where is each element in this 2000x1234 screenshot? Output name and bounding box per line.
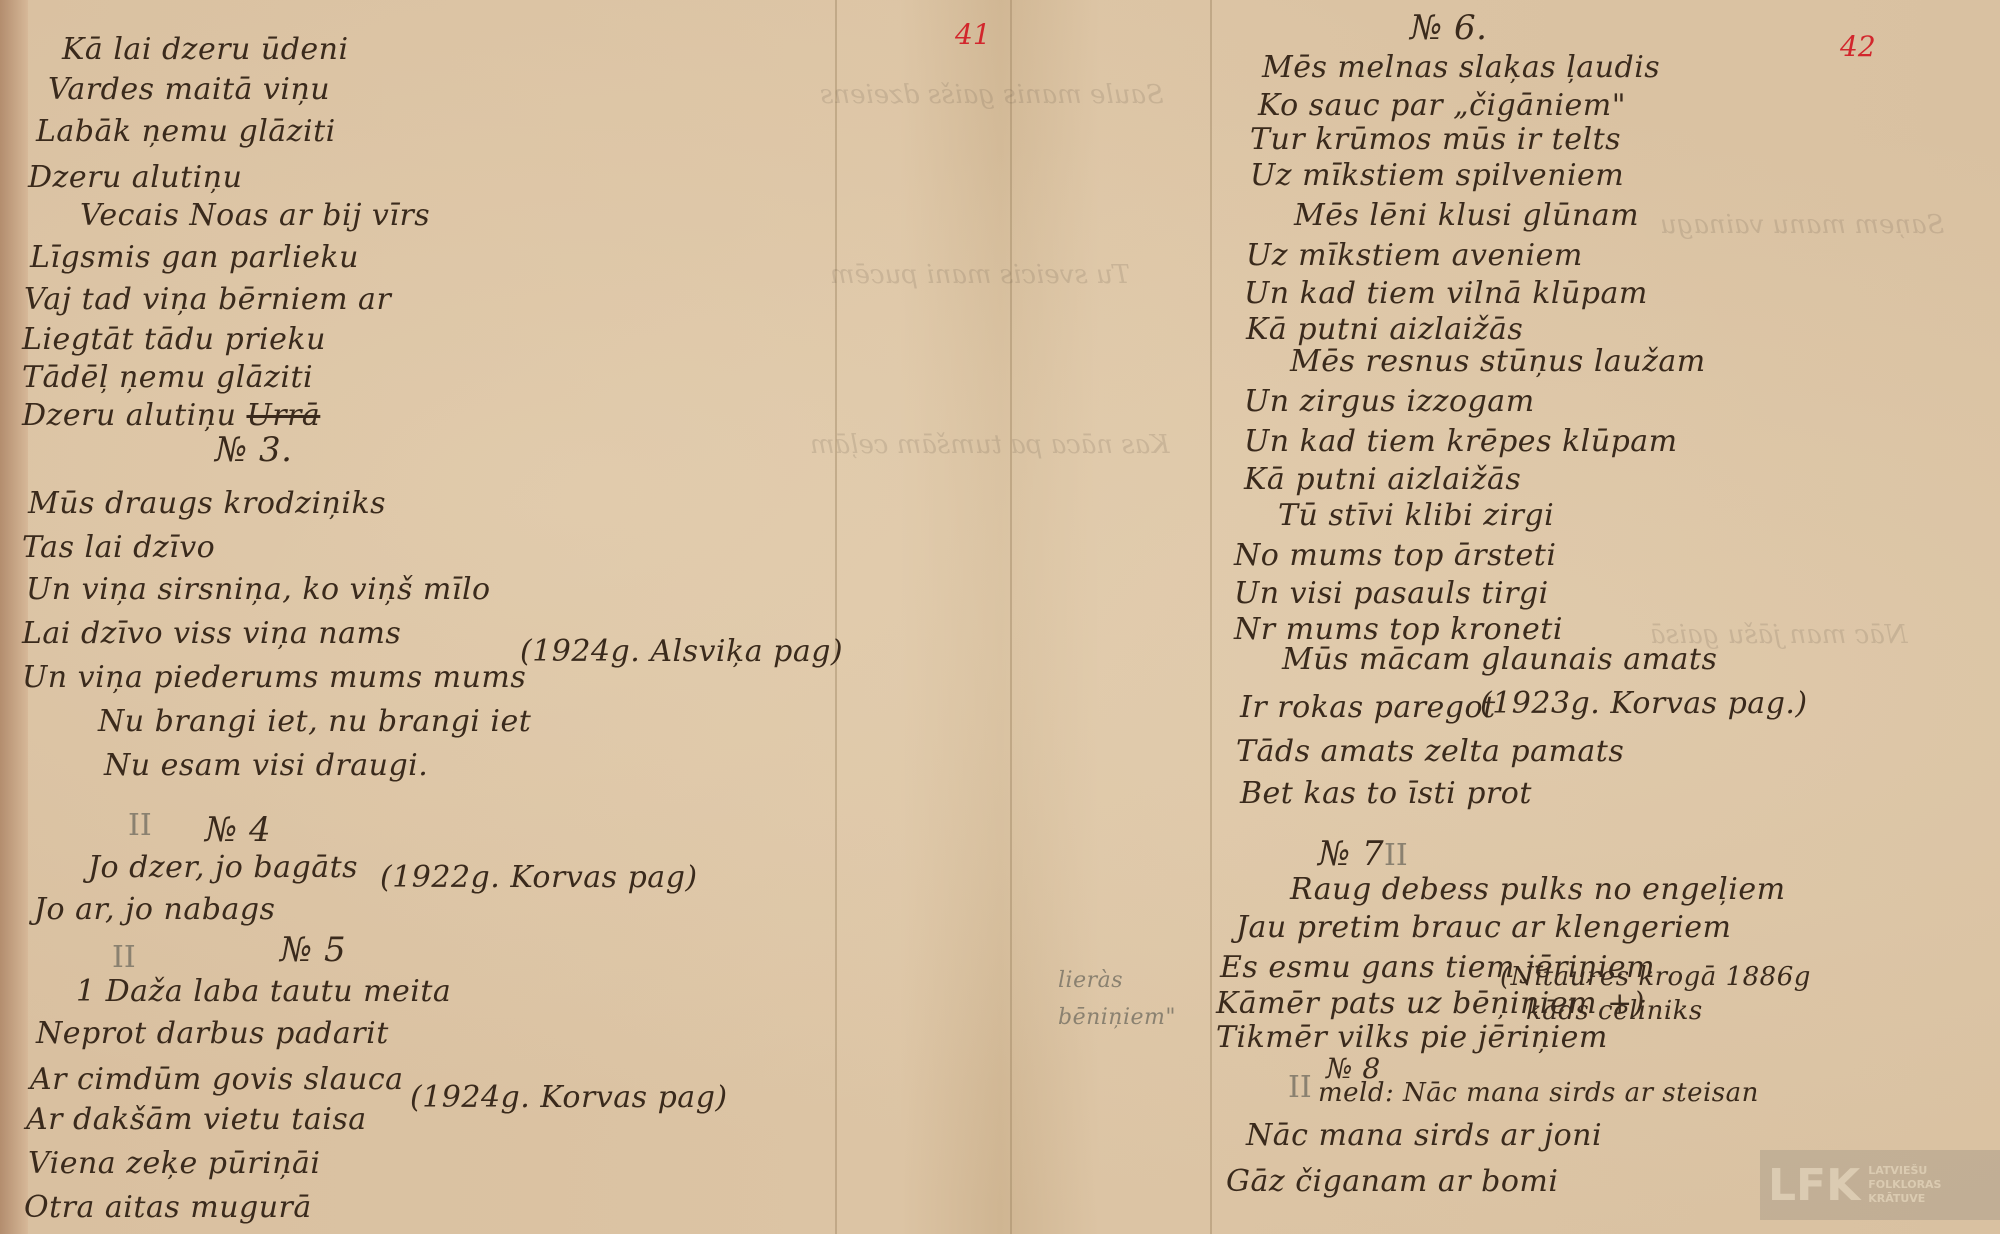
verse-line: Uz mīkstiem aveniem — [1246, 238, 1583, 273]
collection-note: (1924g. Korvas pag) — [410, 1080, 728, 1115]
song-number: № 6. — [1410, 8, 1487, 48]
verse-line: Lai dzīvo viss viņa nams — [22, 616, 401, 651]
song-number: № 3. — [215, 430, 292, 470]
archive-watermark: LFK LATVIEŠU FOLKLORAS KRĀTUVE — [1760, 1150, 2000, 1220]
page-number: 41 — [955, 18, 991, 51]
verse-line: Vaj tad viņa bērniem ar — [24, 282, 391, 317]
roman-numeral-mark: II — [128, 808, 152, 843]
verse-line: Mēs lēni klusi glūnam — [1294, 198, 1639, 233]
archive-name-line: FOLKLORAS — [1868, 1178, 1941, 1192]
verse-line: Neprot darbus padarit — [36, 1016, 389, 1051]
verse-line: Un visi pasauls tirgi — [1234, 576, 1549, 611]
verse-line: Viena zeķe pūriņāi — [28, 1146, 321, 1181]
page-number: 42 — [1840, 30, 1876, 63]
roman-numeral-mark: II — [112, 940, 136, 975]
collection-note: (1924g. Alsviķa pag) — [520, 634, 843, 669]
verse-line: Mēs melnas slaķas ļaudis — [1262, 50, 1660, 85]
archive-name-line: KRĀTUVE — [1868, 1192, 1941, 1206]
verse-line: Ir rokas paregot — [1240, 690, 1496, 725]
verse-line: Ar dakšām vietu taisa — [26, 1102, 367, 1137]
right-page: 42 № 6. Mēs melnas slaķas ļaudis Ko sauc… — [1000, 0, 2000, 1234]
verse-line: Kā putni aizlaižās — [1246, 312, 1523, 347]
verse-line: Uz mīkstiem spilveniem — [1250, 158, 1624, 193]
verse-line: Ko sauc par „čigāniem" — [1258, 88, 1626, 123]
verse-line: Otra aitas mugurā — [24, 1190, 312, 1225]
verse-line: Un kad tiem vilnā klūpam — [1244, 276, 1648, 311]
verse-line: Tas lai dzīvo — [22, 530, 215, 565]
verse-line: Mēs resnus stūņus laužam — [1290, 344, 1706, 379]
verse-line: No mums top ārsteti — [1234, 538, 1556, 573]
left-page: 41 Kā lai dzeru ūdeni Vardes maitā viņu … — [0, 0, 1000, 1234]
roman-numeral-mark: II — [1288, 1070, 1312, 1105]
verse-line: 1 Daža laba tautu meita — [76, 974, 451, 1009]
verse-line: Kā putni aizlaižās — [1244, 462, 1521, 497]
verse-line: Labāk ņemu glāziti — [36, 114, 336, 149]
verse-line: Dzeru alutiņu — [28, 160, 242, 195]
verse-line: Jau pretim brauc ar klengeriem — [1236, 910, 1732, 945]
collection-note: kāds celiniks — [1526, 996, 1703, 1026]
verse-line: Kā lai dzeru ūdeni — [62, 32, 349, 67]
verse-line: Un viņa sirsniņa, ko viņš mīlo — [26, 572, 491, 607]
verse-line: Jo ar, jo nabags — [34, 892, 275, 927]
verse-line: Raug debess pulks no engeļiem — [1290, 872, 1786, 907]
verse-line: Mūs mācam glaunais amats — [1282, 642, 1717, 677]
verse-line: Nu esam visi draugi. — [104, 748, 428, 783]
verse-line: Liegtāt tādu prieku — [22, 322, 326, 357]
collection-note: (Nītaures krogā 1886g — [1500, 962, 1811, 992]
melody-note: meld: Nāc mana sirds ar steisan — [1318, 1078, 1759, 1108]
verse-line: Tur krūmos mūs ir telts — [1250, 122, 1621, 157]
verse-line: Nāc mana sirds ar joni — [1246, 1118, 1602, 1153]
collection-note: (1922g. Korvas pag) — [380, 860, 698, 895]
verse-line: Tū stīvi klibi zirgi — [1278, 498, 1554, 533]
song-number: № 4 — [205, 810, 271, 850]
song-number: № 5 — [280, 930, 346, 970]
verse-line: Un viņa piederums mums mums — [22, 660, 526, 695]
verse-line: Tādēļ ņemu glāziti — [22, 360, 313, 395]
song-number: № 7 — [1318, 834, 1384, 874]
verse-line: Gāz čiganam ar bomi — [1226, 1164, 1558, 1199]
verse-line: Ar cimdūm govis slauca — [30, 1062, 404, 1097]
verse-line: Un kad tiem krēpes klūpam — [1244, 424, 1678, 459]
verse-line: Un zirgus izzogam — [1244, 384, 1535, 419]
verse-line: Tāds amats zelta pamats — [1236, 734, 1624, 769]
roman-numeral-mark: II — [1384, 838, 1408, 873]
verse-line: Mūs draugs krodziņiks — [28, 486, 386, 521]
manuscript-spread: Saule manis gaišs dzeiens Tu sveicis man… — [0, 0, 2000, 1234]
verse-line: Līgsmis gan parlieku — [30, 240, 359, 275]
verse-line: Jo dzer, jo bagāts — [88, 850, 358, 885]
struck-word: Urrā — [246, 398, 320, 433]
archive-name-line: LATVIEŠU — [1868, 1164, 1941, 1178]
archive-name: LATVIEŠU FOLKLORAS KRĀTUVE — [1868, 1164, 1941, 1206]
verse-line: Bet kas to īsti prot — [1240, 776, 1532, 811]
verse-line: Vecais Noas ar bij vīrs — [80, 198, 430, 233]
verse-text: Dzeru alutiņu — [22, 398, 236, 433]
verse-line: Dzeru alutiņu Urrā — [22, 398, 320, 433]
archive-logo-icon: LFK — [1760, 1160, 1868, 1211]
verse-line: Nu brangi iet, nu brangi iet — [98, 704, 531, 739]
collection-note: (1923g. Korvas pag.) — [1480, 686, 1808, 721]
verse-line: Vardes maitā viņu — [48, 72, 330, 107]
